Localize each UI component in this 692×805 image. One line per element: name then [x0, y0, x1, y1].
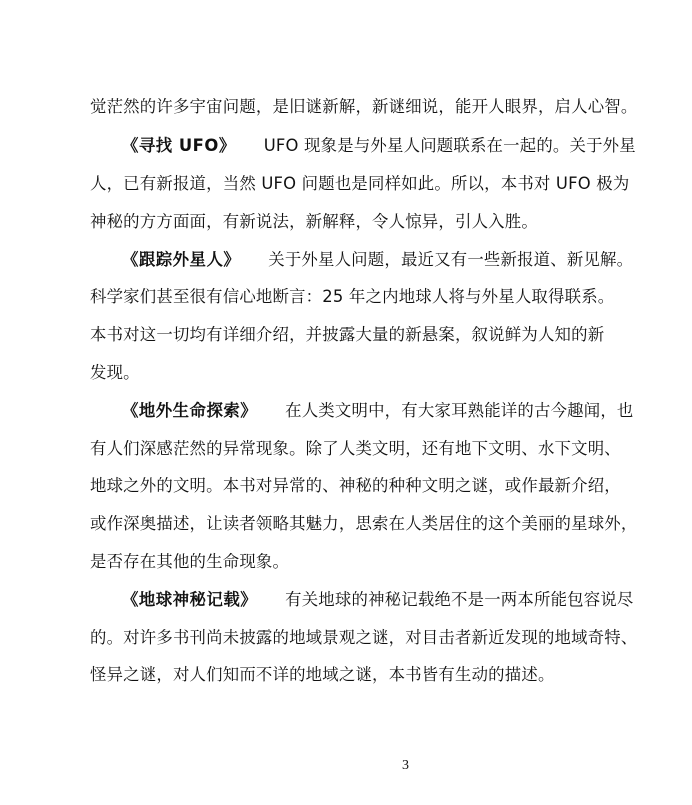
- section-ufo-heading-line: 《寻找 UFO》UFO 现象是与外星人问题联系在一起的。关于外星: [122, 136, 636, 156]
- page-number: 3: [402, 758, 409, 774]
- line-text: 有人们深感茫然的异常现象。除了人类文明，还有地下文明、水下文明、: [90, 439, 621, 458]
- text-line: 的。对许多书刊尚未披露的地域景观之谜，对目击者新近发现的地域奇特、: [90, 628, 638, 648]
- line-text: 或作深奥描述，让读者领略其魅力，思索在人类居住的这个美丽的星球外，: [90, 514, 638, 533]
- book-title-life: 《地外生命探索》: [122, 401, 257, 420]
- line-text: 神秘的方方面面，有新说法，新解释，令人惊异，引人入胜。: [90, 212, 538, 231]
- document-page: 觉茫然的许多宇宙问题，是旧谜新解，新谜细说，能开人眼界，启人心智。 《寻找 UF…: [0, 0, 692, 805]
- text-line: 本书对这一切均有详细介绍，并披露大量的新悬案，叙说鲜为人知的新: [90, 325, 604, 345]
- line-text: 的。对许多书刊尚未披露的地域景观之谜，对目击者新近发现的地域奇特、: [90, 628, 638, 647]
- line-text: 科学家们甚至很有信心地断言：25 年之内地球人将与外星人取得联系。: [90, 287, 614, 306]
- text-line: 人，已有新报道，当然 UFO 问题也是同样如此。所以，本书对 UFO 极为: [90, 174, 629, 194]
- text-line: 怪异之谜，对人们知而不详的地域之谜，本书皆有生动的描述。: [90, 665, 555, 685]
- line-text: 地球之外的文明。本书对异常的、神秘的种种文明之谜，或作最新介绍，: [90, 476, 621, 495]
- text-line: 地球之外的文明。本书对异常的、神秘的种种文明之谜，或作最新介绍，: [90, 476, 621, 496]
- line-text: 本书对这一切均有详细介绍，并披露大量的新悬案，叙说鲜为人知的新: [90, 325, 604, 344]
- line-text: 在人类文明中，有大家耳熟能详的古今趣闻，也: [285, 401, 633, 420]
- line-text: 发现。: [90, 363, 140, 382]
- line-text: 觉茫然的许多宇宙问题，是旧谜新解，新谜细说，能开人眼界，启人心智。: [90, 97, 638, 116]
- text-line: 有人们深感茫然的异常现象。除了人类文明，还有地下文明、水下文明、: [90, 439, 621, 459]
- book-title-earth: 《地球神秘记载》: [122, 590, 257, 609]
- book-title-ufo: 《寻找 UFO》: [122, 136, 236, 155]
- book-title-aliens: 《跟踪外星人》: [122, 250, 240, 269]
- section-aliens-heading-line: 《跟踪外星人》关于外星人问题，最近又有一些新报道、新见解。: [122, 250, 633, 270]
- line-text: 是否存在其他的生命现象。: [90, 552, 289, 571]
- line-text: 人，已有新报道，当然 UFO 问题也是同样如此。所以，本书对 UFO 极为: [90, 174, 629, 193]
- line-text: 有关地球的神秘记载绝不是一两本所能包容说尽: [285, 590, 633, 609]
- text-line: 觉茫然的许多宇宙问题，是旧谜新解，新谜细说，能开人眼界，启人心智。: [90, 97, 638, 117]
- text-line: 或作深奥描述，让读者领略其魅力，思索在人类居住的这个美丽的星球外，: [90, 514, 638, 534]
- text-line: 科学家们甚至很有信心地断言：25 年之内地球人将与外星人取得联系。: [90, 287, 614, 307]
- line-text: UFO 现象是与外星人问题联系在一起的。关于外星: [264, 136, 636, 155]
- line-text: 怪异之谜，对人们知而不详的地域之谜，本书皆有生动的描述。: [90, 665, 555, 684]
- section-earth-heading-line: 《地球神秘记载》有关地球的神秘记载绝不是一两本所能包容说尽: [122, 590, 634, 610]
- text-line: 是否存在其他的生命现象。: [90, 552, 289, 572]
- section-life-heading-line: 《地外生命探索》在人类文明中，有大家耳熟能详的古今趣闻，也: [122, 401, 634, 421]
- text-line: 发现。: [90, 363, 140, 383]
- text-line: 神秘的方方面面，有新说法，新解释，令人惊异，引人入胜。: [90, 212, 538, 232]
- line-text: 关于外星人问题，最近又有一些新报道、新见解。: [268, 250, 633, 269]
